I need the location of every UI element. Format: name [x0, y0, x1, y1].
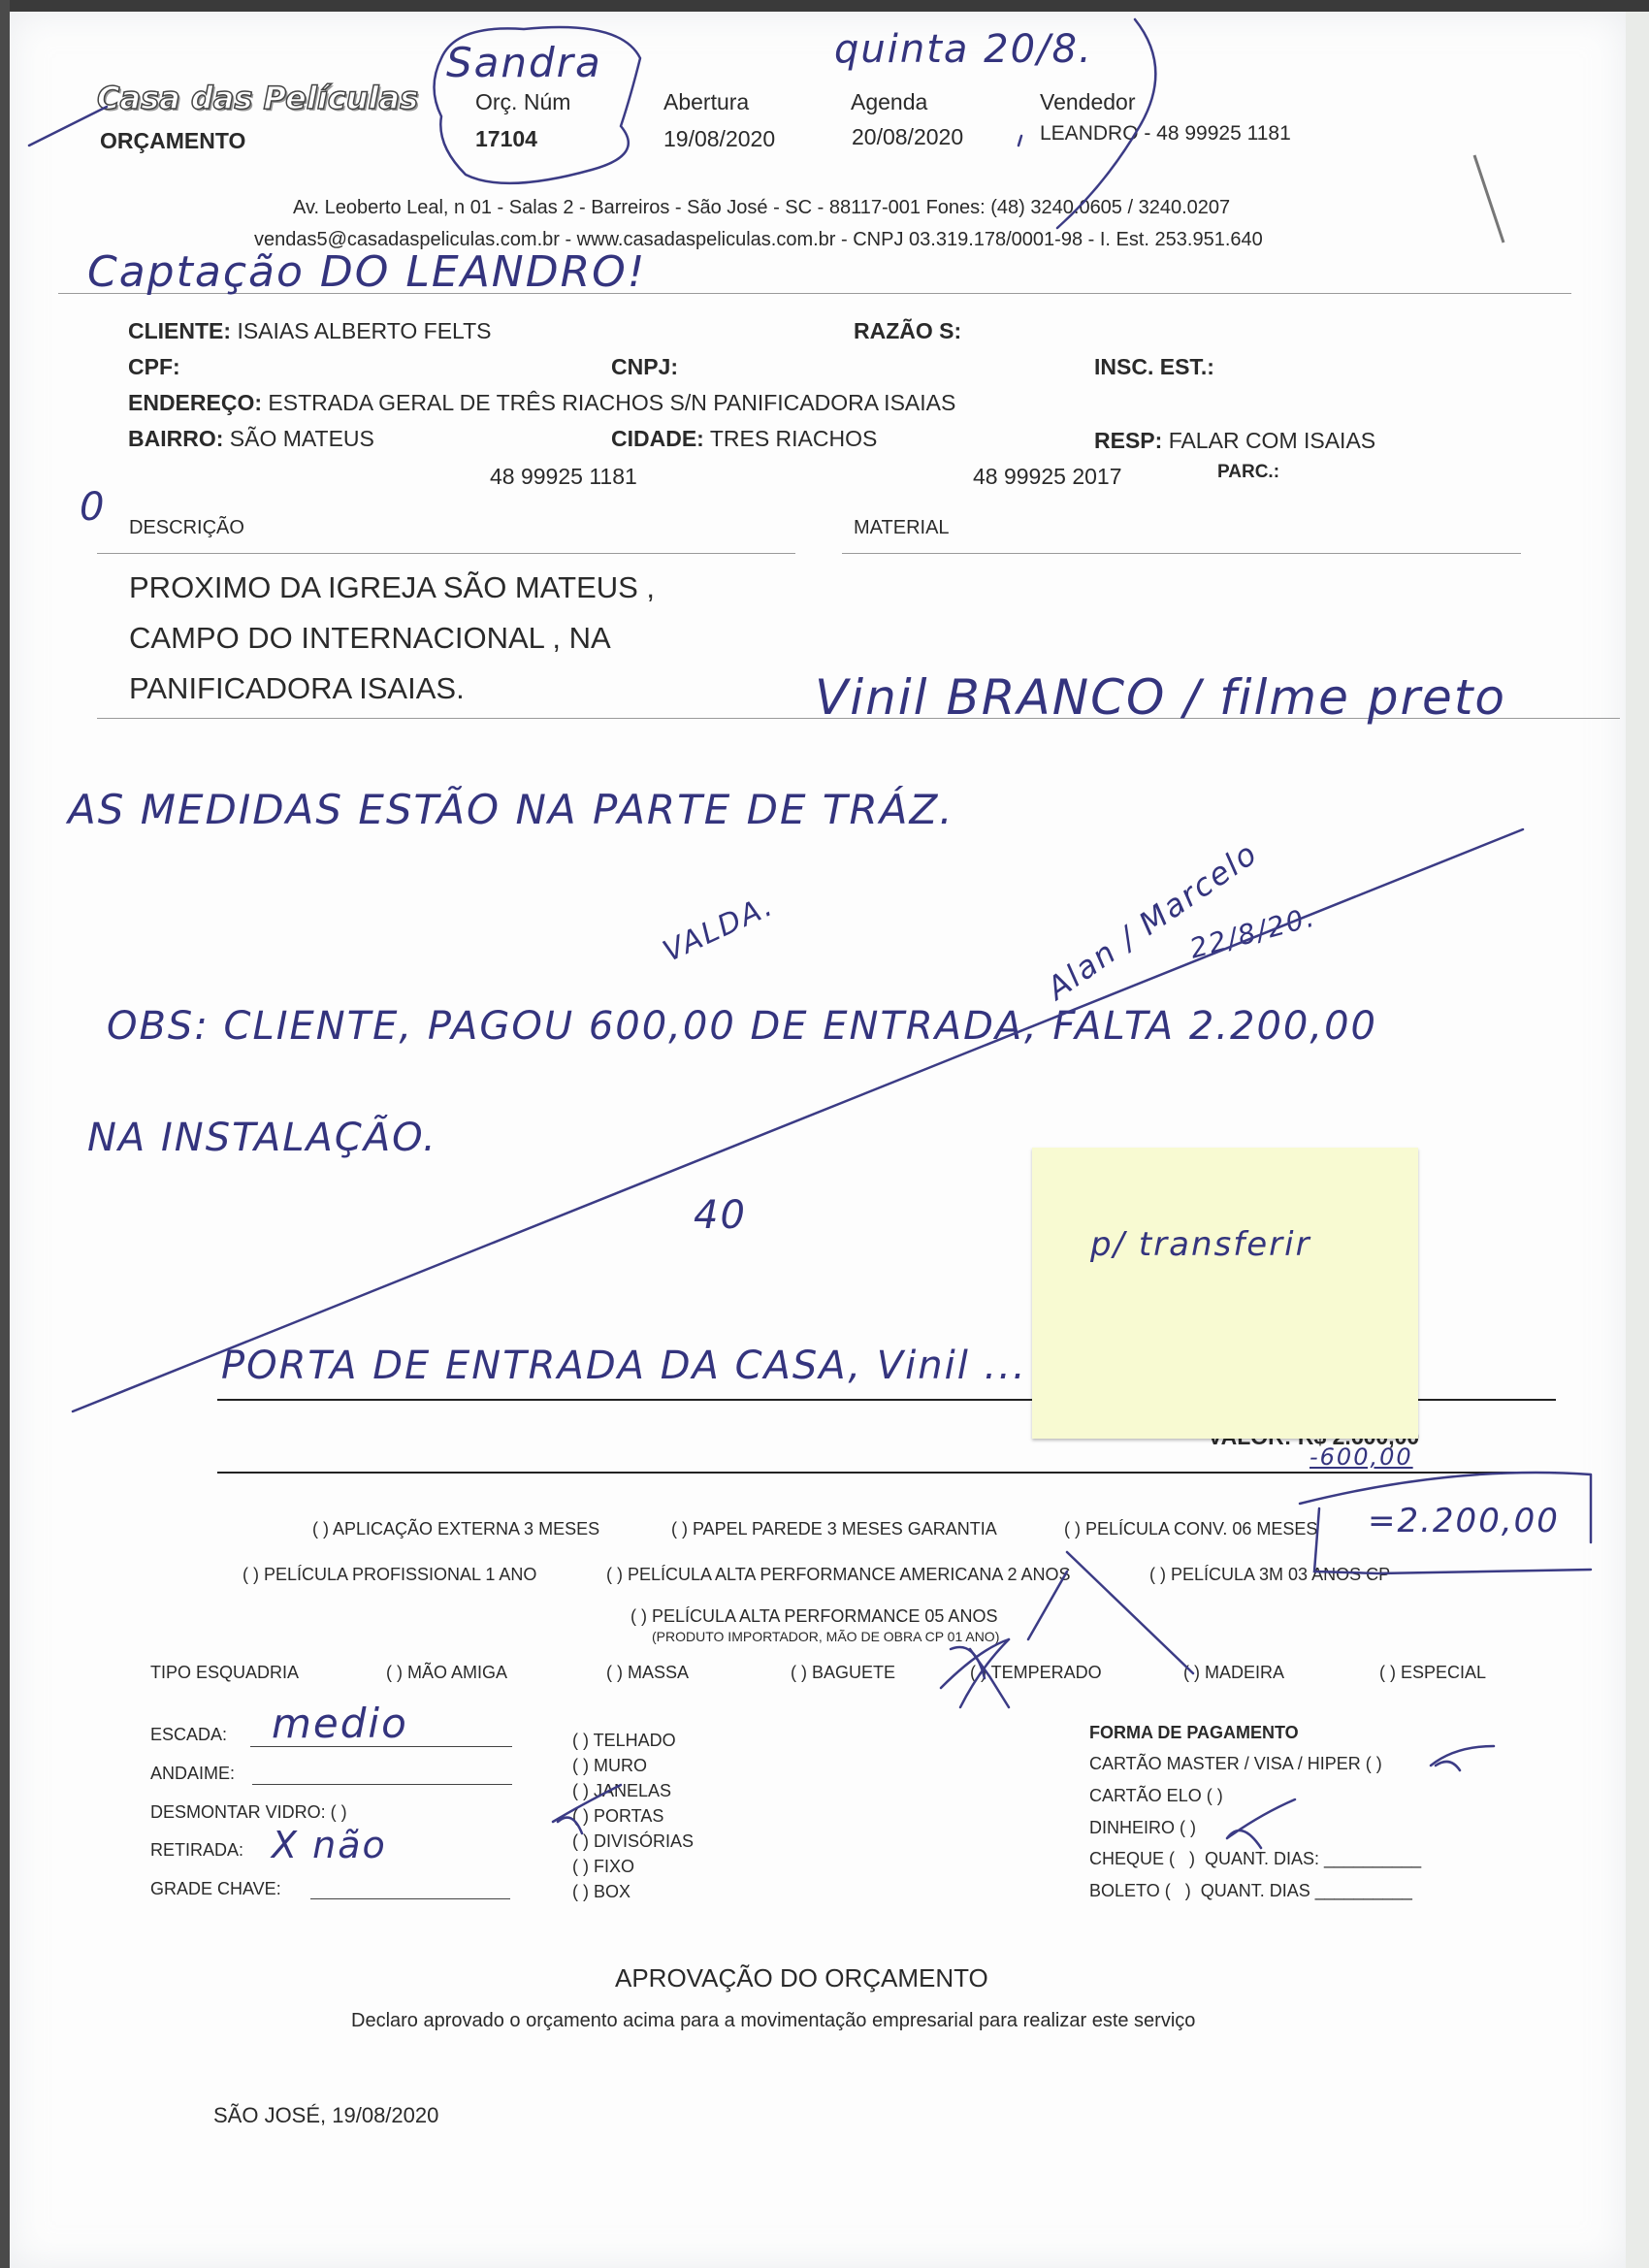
handwritten-zero: 0 — [80, 485, 106, 530]
description-line: PANIFICADORA ISAIAS. — [129, 671, 465, 706]
handwritten-quinta: quinta 20/8. — [834, 27, 1093, 72]
sticky-note-text: p/ transferir — [1090, 1225, 1311, 1264]
esquadria-especial[interactable]: ( ) ESPECIAL — [1379, 1663, 1486, 1683]
bairro-field: BAIRRO: SÃO MATEUS — [128, 426, 374, 452]
razao-label: RAZÃO S: — [854, 318, 961, 344]
orc-num: 17104 — [475, 126, 537, 152]
handwritten-escada: medio — [272, 1700, 408, 1747]
handwritten-obs-line1: OBS: CLIENTE, PAGOU 600,00 DE ENTRADA, F… — [107, 1004, 1377, 1049]
approval-text: Declaro aprovado o orçamento acima para … — [351, 2010, 1195, 2032]
handwritten-retirada: X não — [272, 1824, 387, 1866]
payment-title: FORMA DE PAGAMENTO — [1089, 1723, 1299, 1743]
cliente-field: CLIENTE: ISAIAS ALBERTO FELTS — [128, 318, 492, 344]
location-divisorias[interactable]: ( ) DIVISÓRIAS — [572, 1831, 694, 1852]
place-date: SÃO JOSÉ, 19/08/2020 — [213, 2103, 438, 2128]
handwritten-sandra: Sandra — [446, 39, 602, 86]
esquadria-madeira[interactable]: ( ) MADEIRA — [1183, 1663, 1284, 1683]
handwritten-minus-600: -600,00 — [1309, 1443, 1413, 1471]
client-phone-2: 48 99925 2017 — [973, 464, 1122, 490]
description-line: PROXIMO DA IGREJA SÃO MATEUS , — [129, 570, 655, 605]
esquadria-massa[interactable]: ( ) MASSA — [606, 1663, 689, 1683]
option-papel-parede[interactable]: ( ) PAPEL PAREDE 3 MESES GARANTIA — [671, 1519, 997, 1539]
desmontar-vidro-label[interactable]: DESMONTAR VIDRO: ( ) — [150, 1802, 347, 1823]
option-pelicula-profissional[interactable]: ( ) PELÍCULA PROFISSIONAL 1 ANO — [242, 1565, 536, 1585]
option-pelicula-alta-5anos[interactable]: ( ) PELÍCULA ALTA PERFORMANCE 05 ANOS — [630, 1606, 997, 1627]
option-pelicula-americana[interactable]: ( ) PELÍCULA ALTA PERFORMANCE AMERICANA … — [606, 1565, 1070, 1585]
esquadria-baguete[interactable]: ( ) BAGUETE — [791, 1663, 895, 1683]
sticky-note: p/ transferir — [1032, 1148, 1418, 1439]
payment-boleto[interactable]: BOLETO ( ) QUANT. DIAS __________ — [1089, 1881, 1412, 1901]
handwritten-porta: PORTA DE ENTRADA DA CASA, Vinil ... Pret… — [221, 1344, 1153, 1388]
divider — [97, 553, 795, 554]
esquadria-label: TIPO ESQUADRIA — [150, 1663, 299, 1683]
escada-label: ESCADA: — [150, 1725, 227, 1745]
material-label: MATERIAL — [854, 517, 950, 539]
grade-chave-label: GRADE CHAVE: — [150, 1879, 281, 1899]
endereco-field: ENDEREÇO: ESTRADA GERAL DE TRÊS RIACHOS … — [128, 390, 955, 416]
payment-cartao-master[interactable]: CARTÃO MASTER / VISA / HIPER ( ) — [1089, 1754, 1382, 1774]
payment-cartao-elo[interactable]: CARTÃO ELO ( ) — [1089, 1786, 1223, 1806]
esquadria-mao-amiga[interactable]: ( ) MÃO AMIGA — [386, 1663, 507, 1683]
warranty-note: (PRODUTO IMPORTADOR, MÃO DE OBRA CP 01 A… — [652, 1629, 999, 1644]
client-phone-1: 48 99925 1181 — [490, 464, 637, 490]
line — [217, 1472, 1556, 1474]
company-address: Av. Leoberto Leal, n 01 - Salas 2 - Barr… — [293, 197, 1230, 219]
location-fixo[interactable]: ( ) FIXO — [572, 1857, 634, 1877]
option-aplicacao-externa[interactable]: ( ) APLICAÇÃO EXTERNA 3 MESES — [312, 1519, 599, 1539]
handwritten-medidas: AS MEDIDAS ESTÃO NA PARTE DE TRÁZ. — [68, 786, 954, 833]
esquadria-temperado[interactable]: ( ) TEMPERADO — [970, 1663, 1102, 1683]
handwritten-result: =2.200,00 — [1368, 1502, 1560, 1540]
option-pelicula-conv[interactable]: ( ) PELÍCULA CONV. 06 MESES — [1064, 1519, 1317, 1539]
cpf-label: CPF: — [128, 354, 180, 380]
option-pelicula-3m[interactable]: ( ) PELÍCULA 3M 03 ANOS CP — [1149, 1565, 1390, 1585]
cidade-field: CIDADE: TRES RIACHOS — [611, 426, 877, 452]
handwritten-material: Vinil BRANCO / filme preto — [815, 669, 1506, 726]
orc-num-label: Orç. Núm — [475, 89, 570, 115]
cnpj-label: CNPJ: — [611, 354, 678, 380]
location-telhado[interactable]: ( ) TELHADO — [572, 1731, 676, 1751]
andaime-line — [252, 1784, 512, 1785]
approval-title: APROVAÇÃO DO ORÇAMENTO — [615, 1963, 988, 1993]
scan-border-left — [0, 0, 10, 2268]
resp-field: RESP: FALAR COM ISAIAS — [1094, 428, 1375, 454]
payment-dinheiro[interactable]: DINHEIRO ( ) — [1089, 1818, 1196, 1838]
handwritten-40: 40 — [694, 1193, 747, 1238]
grade-chave-line — [310, 1898, 510, 1899]
location-portas[interactable]: ( ) PORTAS — [572, 1806, 663, 1827]
divider — [842, 553, 1521, 554]
andaime-label: ANDAIME: — [150, 1764, 235, 1784]
agenda-label: Agenda — [851, 89, 927, 115]
location-muro[interactable]: ( ) MURO — [572, 1756, 647, 1776]
abertura-date: 19/08/2020 — [663, 126, 775, 152]
scan-border-top — [0, 0, 1649, 12]
abertura-label: Abertura — [663, 89, 749, 115]
agenda-date: 20/08/2020 — [852, 124, 963, 150]
doc-type: ORÇAMENTO — [100, 128, 245, 154]
descricao-label: DESCRIÇÃO — [129, 517, 244, 539]
location-box[interactable]: ( ) BOX — [572, 1882, 630, 1902]
insc-est-label: INSC. EST.: — [1094, 354, 1214, 380]
handwritten-captacao: Captação DO LEANDRO! — [87, 247, 646, 297]
location-janelas[interactable]: ( ) JANELAS — [572, 1781, 671, 1801]
brand-logo: Casa das Películas — [97, 80, 418, 116]
parc-label: PARC.: — [1217, 462, 1279, 483]
retirada-label: RETIRADA: — [150, 1840, 243, 1861]
handwritten-obs-line2: NA INSTALAÇÃO. — [87, 1116, 437, 1160]
vendedor-value: LEANDRO - 48 99925 1181 — [1040, 122, 1291, 146]
payment-cheque[interactable]: CHEQUE ( ) QUANT. DIAS: __________ — [1089, 1849, 1421, 1869]
description-line: CAMPO DO INTERNACIONAL , NA — [129, 621, 611, 656]
vendedor-label: Vendedor — [1040, 89, 1135, 115]
